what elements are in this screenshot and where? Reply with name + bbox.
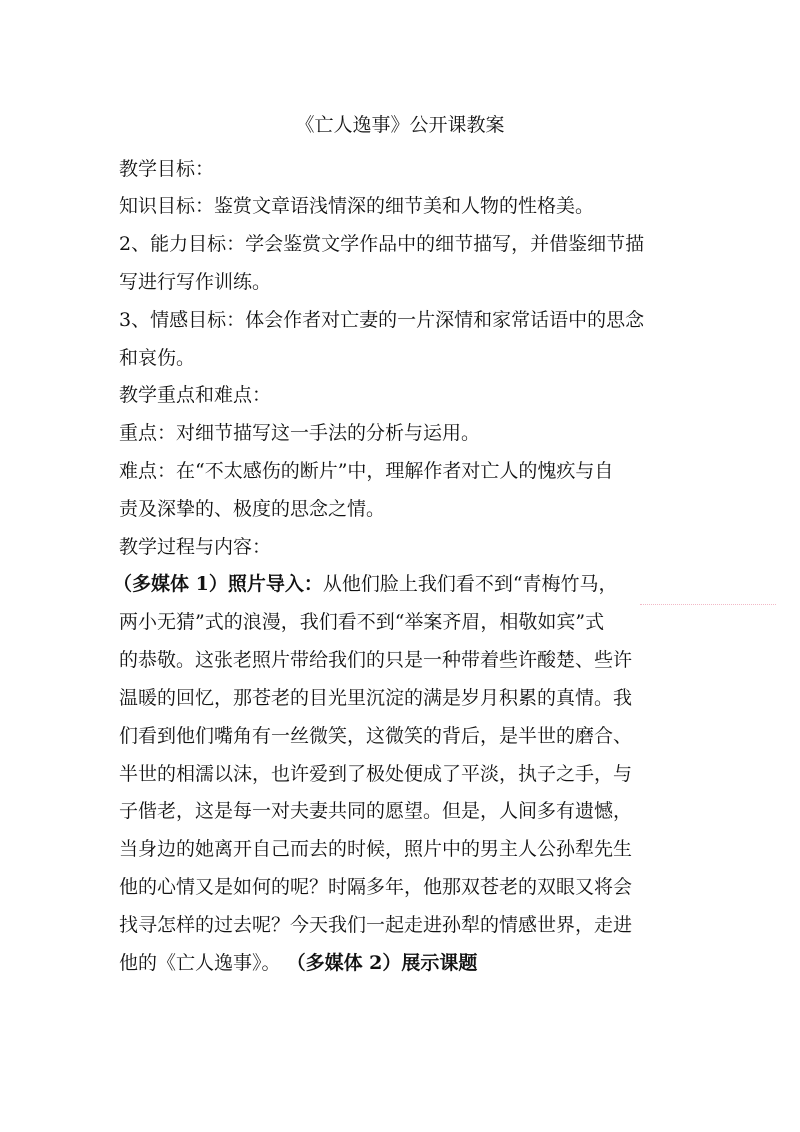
- intro-line-1-text: 从他们脸上我们看不到“青梅竹马，: [323, 573, 618, 595]
- intro-line: 半世的相濡以沫，也许爱到了极处便成了平淡，执子之手，与: [119, 761, 632, 787]
- intro-last-line-text: 他的《亡人逸事》。: [119, 952, 281, 974]
- intro-line: 子偕老，这是每一对夫妻共同的愿望。但是，人间多有遗憾，: [119, 798, 632, 824]
- objective-emotion-line-1: 3、情感目标：体会作者对亡妻的一片深情和家常话语中的思念: [119, 307, 644, 333]
- document-title: 《亡人逸事》公开课教案: [0, 112, 800, 138]
- intro-last-line: 他的《亡人逸事》。 （多媒体 2）展示课题: [119, 950, 477, 976]
- intro-line: 们看到他们嘴角有一丝微笑，这微笑的背后，是半世的磨合、: [119, 723, 632, 749]
- intro-line-1: （多媒体 1）照片导入：从他们脸上我们看不到“青梅竹马，: [113, 571, 618, 597]
- section-heading-objectives: 教学目标：: [119, 156, 214, 182]
- intro-line: 他的心情又是如何的呢？时隔多年，他那双苍老的双眼又将会: [119, 874, 632, 900]
- intro-line: 温暖的回忆，那苍老的目光里沉淀的满是岁月积累的真情。我: [119, 685, 632, 711]
- section-heading-key-points: 教学重点和难点：: [119, 382, 271, 408]
- multimedia-1-label: （多媒体 1）照片导入：: [113, 573, 323, 595]
- dotted-guide-line: [640, 604, 776, 605]
- difficulty-line-1: 难点：在“不太感伤的断片”中，理解作者对亡人的愧疚与自: [119, 458, 613, 484]
- intro-line: 找寻怎样的过去呢？今天我们一起走进孙犁的情感世界，走进: [119, 912, 632, 938]
- objective-ability-line-2: 写进行写作训练。: [119, 269, 271, 295]
- section-heading-process: 教学过程与内容：: [119, 534, 271, 560]
- objective-emotion-line-2: 和哀伤。: [119, 345, 195, 371]
- intro-line: 的恭敬。这张老照片带给我们的只是一种带着些许酸楚、些许: [119, 647, 632, 673]
- intro-line: 两小无猜”式的浪漫，我们看不到“举案齐眉，相敬如宾”式: [119, 609, 604, 635]
- objective-knowledge: 知识目标：鉴赏文章语浅情深的细节美和人物的性格美。: [119, 193, 594, 219]
- difficulty-line-2: 责及深挚的、极度的思念之情。: [119, 496, 385, 522]
- objective-ability-line-1: 2、能力目标：学会鉴赏文学作品中的细节描写，并借鉴细节描: [119, 231, 644, 257]
- multimedia-2-label: （多媒体 2）展示课题: [287, 952, 478, 974]
- document-page: 《亡人逸事》公开课教案 教学目标： 知识目标：鉴赏文章语浅情深的细节美和人物的性…: [0, 0, 800, 1132]
- intro-line: 当身边的她离开自己而去的时候，照片中的男主人公孙犁先生: [119, 836, 632, 862]
- key-point: 重点：对细节描写这一手法的分析与运用。: [119, 420, 480, 446]
